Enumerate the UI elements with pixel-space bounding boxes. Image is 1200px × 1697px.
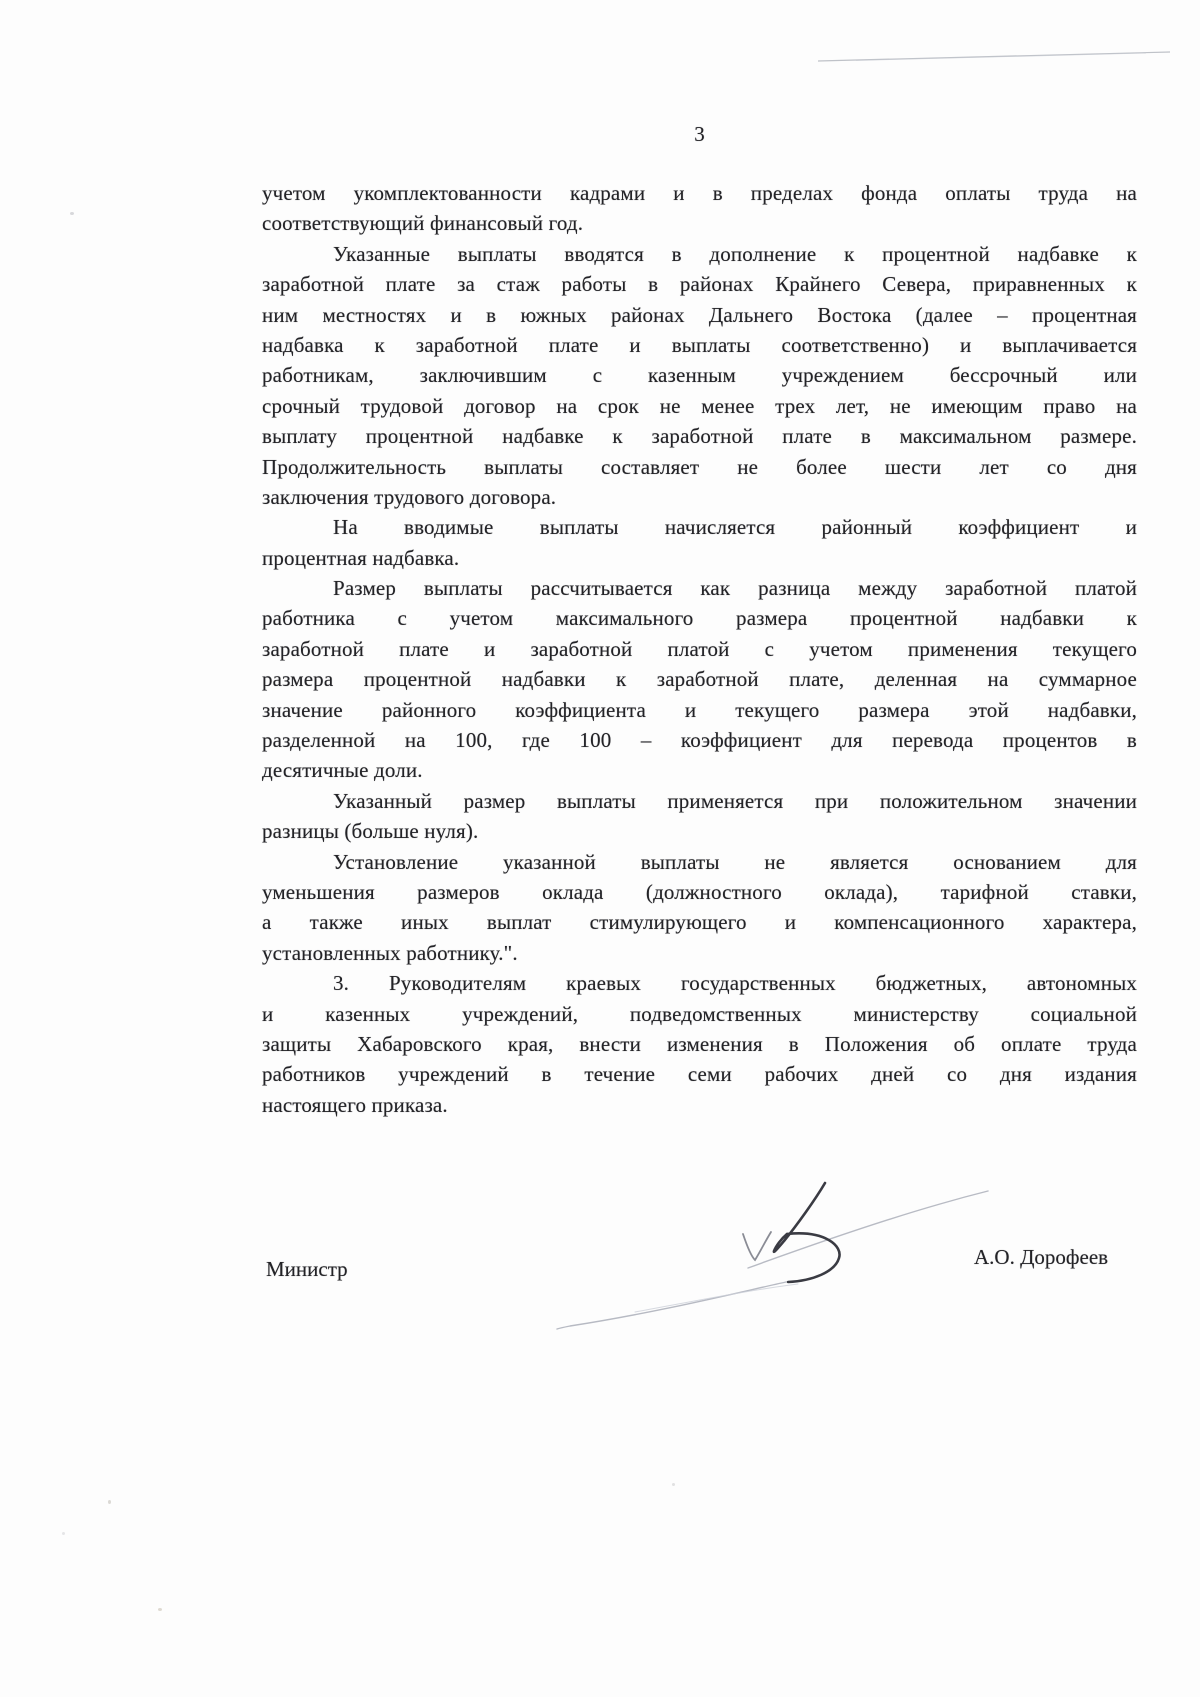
scan-artifact-line: [816, 49, 1172, 63]
text-line: разделенной на 100, где 100 – коэффициен…: [262, 725, 1137, 755]
text-line: Указанный размер выплаты применяется при…: [262, 786, 1137, 816]
text-line: работников учреждений в течение семи раб…: [262, 1059, 1137, 1089]
text-line: ним местностях и в южных районах Дальнег…: [262, 300, 1137, 330]
text-line: заработной плате за стаж работы в района…: [262, 269, 1137, 299]
text-line: соответствующий финансовый год.: [262, 208, 1137, 238]
text-line: и казенных учреждений, подведомственных …: [262, 999, 1137, 1029]
text-line: уменьшения размеров оклада (должностного…: [262, 877, 1137, 907]
paragraph: учетом укомплектованности кадрами и в пр…: [262, 178, 1137, 239]
paragraph: На вводимые выплаты начисляется районный…: [262, 512, 1137, 573]
text-line: 3. Руководителям краевых государственных…: [262, 968, 1137, 998]
text-line: разницы (больше нуля).: [262, 816, 1137, 846]
text-line: Указанные выплаты вводятся в дополнение …: [262, 239, 1137, 269]
text-line: Размер выплаты рассчитывается как разниц…: [262, 573, 1137, 603]
text-line: десятичные доли.: [262, 755, 1137, 785]
scan-speck: [672, 1483, 675, 1486]
text-line: заработной плате и заработной платой с у…: [262, 634, 1137, 664]
text-line: заключения трудового договора.: [262, 482, 1137, 512]
document-page: 3 учетом укомплектованности кадрами и в …: [0, 0, 1200, 1697]
signatory-title: Министр: [266, 1256, 348, 1282]
text-line: срочный трудовой договор на срок не мене…: [262, 391, 1137, 421]
text-line: настоящего приказа.: [262, 1090, 1137, 1120]
text-line: учетом укомплектованности кадрами и в пр…: [262, 178, 1137, 208]
text-line: Установление указанной выплаты не являет…: [262, 847, 1137, 877]
text-line: надбавка к заработной плате и выплаты со…: [262, 330, 1137, 360]
text-line: размера процентной надбавки к заработной…: [262, 664, 1137, 694]
text-line: работникам, заключившим с казенным учреж…: [262, 360, 1137, 390]
text-line: работника с учетом максимального размера…: [262, 603, 1137, 633]
page-number: 3: [262, 122, 1137, 146]
scan-speck: [62, 1532, 65, 1535]
signature-mark: [540, 1178, 1000, 1338]
text-line: выплату процентной надбавке к заработной…: [262, 421, 1137, 451]
signatory-name: А.О. Дорофеев: [974, 1244, 1108, 1270]
text-line: а также иных выплат стимулирующего и ком…: [262, 907, 1137, 937]
text-line: процентная надбавка.: [262, 543, 1137, 573]
scan-speck: [158, 1608, 162, 1611]
paragraph: Установление указанной выплаты не являет…: [262, 847, 1137, 969]
document-body: учетом укомплектованности кадрами и в пр…: [262, 178, 1137, 1120]
text-line: значение районного коэффициента и текуще…: [262, 695, 1137, 725]
paragraph: Указанный размер выплаты применяется при…: [262, 786, 1137, 847]
paragraph: 3. Руководителям краевых государственных…: [262, 968, 1137, 1120]
text-line: установленных работнику.".: [262, 938, 1137, 968]
text-line: На вводимые выплаты начисляется районный…: [262, 512, 1137, 542]
text-line: Продолжительность выплаты составляет не …: [262, 452, 1137, 482]
paragraph: Размер выплаты рассчитывается как разниц…: [262, 573, 1137, 786]
paragraph: Указанные выплаты вводятся в дополнение …: [262, 239, 1137, 513]
text-line: защиты Хабаровского края, внести изменен…: [262, 1029, 1137, 1059]
scan-speck: [108, 1500, 111, 1504]
scan-speck: [70, 212, 74, 215]
